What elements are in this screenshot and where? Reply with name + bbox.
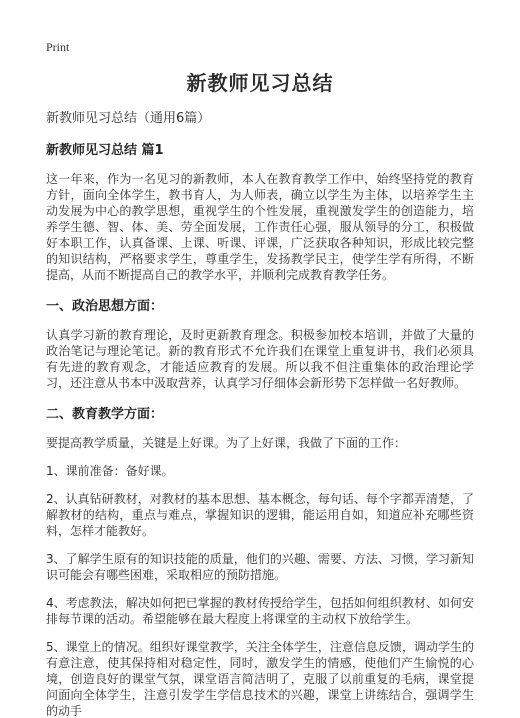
list-item-2: 2、认真钻研教材，对教材的基本思想、基本概念，每句话、每个字都弄清楚，了解教材的… [46,491,474,539]
list-item-3: 3、了解学生原有的知识技能的质量，他们的兴趣、需要、方法、习惯，学习新知识可能会… [46,551,474,583]
para-intro: 这一年来，作为一名见习的新教师，本人在教育教学工作中，始终坚持党的教育方针，面向… [46,171,474,283]
list-item-5: 5、课堂上的情况。组织好课堂教学，关注全体学生，注意信息反馈，调动学生的有意注意… [46,639,474,718]
list-item-1: 1、课前准备：备好课。 [46,463,474,479]
doc-subtitle: 新教师见习总结（通用6篇） [46,111,474,127]
page-title: 新教师见习总结 [46,71,474,95]
para-political: 认真学习新的教育理论，及时更新教育理念。积极参加校本培训，并做了大量的政治笔记与… [46,327,474,391]
section-heading-political: 一、政治思想方面： [46,299,474,315]
list-item-4: 4、考虑教法，解决如何把已掌握的教材传授给学生，包括如何组织教材、如何安排每节课… [46,595,474,627]
section-heading-teaching: 二、教育教学方面： [46,407,474,423]
document-page: Print 新教师见习总结 新教师见习总结（通用6篇） 新教师见习总结 篇1 这… [0,0,520,718]
print-button[interactable]: Print [46,40,69,54]
section-heading-pian1: 新教师见习总结 篇1 [46,143,474,159]
document-body: 新教师见习总结 篇1 这一年来，作为一名见习的新教师，本人在教育教学工作中，始终… [46,143,474,718]
para-teaching-intro: 要提高教学质量，关键是上好课。为了上好课，我做了下面的工作： [46,435,474,451]
print-row: Print [46,36,474,55]
